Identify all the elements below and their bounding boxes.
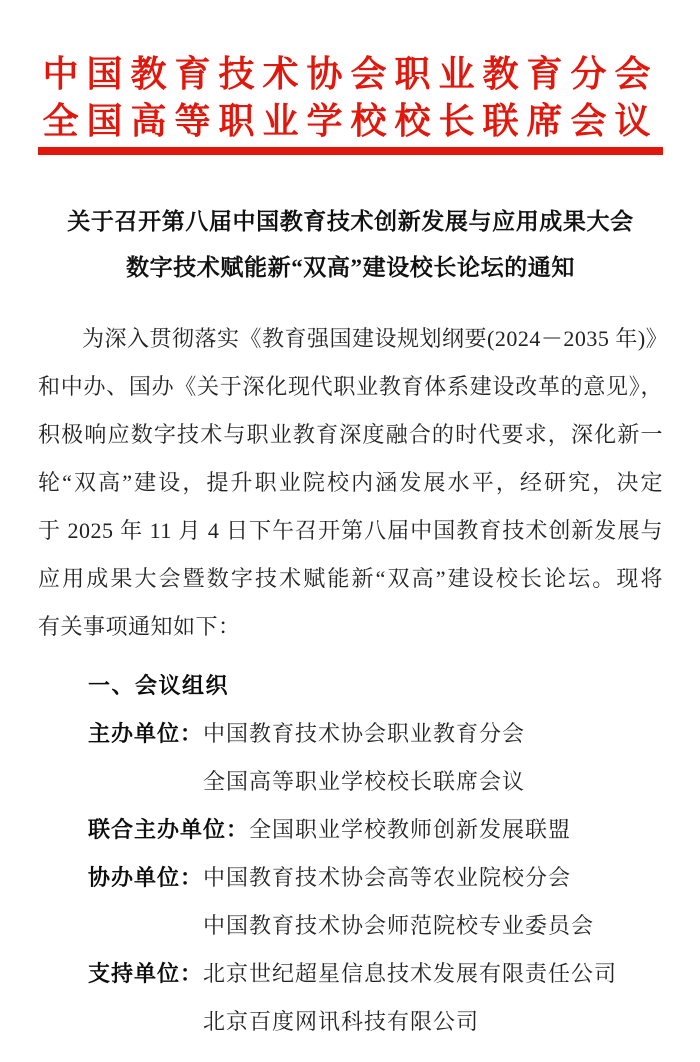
title-line-2: 数字技术赋能新“双高”建设校长论坛的通知 [38,245,663,291]
letterhead: 中国教育技术协会职业教育分会 全国高等职业学校校长联席会议 [38,51,663,155]
org-value: 北京百度网讯科技有限公司 [203,1009,479,1034]
org-label: 协办单位： [88,865,203,890]
org-row: 北京百度网讯科技有限公司 [38,998,663,1046]
org-value: 中国教育技术协会师范院校专业委员会 [203,913,594,938]
org-value: 全国职业学校教师创新发展联盟 [249,817,571,842]
org-row: 全国高等职业学校校长联席会议 [38,758,663,806]
org-row: 协办单位：中国教育技术协会高等农业院校分会 [38,854,663,902]
title-line-1: 关于召开第八届中国教育技术创新发展与应用成果大会 [38,199,663,245]
letterhead-line-1: 中国教育技术协会职业教育分会 [38,51,663,98]
body-line: 和中办、国办《关于深化现代职业教育体系建设改革的意见》， [38,363,663,411]
body-line: 应用成果大会暨数字技术赋能新“双高”建设校长论坛。现将 [38,555,663,603]
letterhead-line-2: 全国高等职业学校校长联席会议 [38,98,663,145]
org-value: 全国高等职业学校校长联席会议 [203,769,525,794]
org-value: 北京世纪超星信息技术发展有限责任公司 [203,961,617,986]
notice-body: 为深入贯彻落实《教育强国建设规划纲要(2024－2035 年)》和中办、国办《关… [38,315,663,651]
org-label: 联合主办单位： [88,817,249,842]
body-line: 积极响应数字技术与职业教育深度融合的时代要求，深化新一 [38,411,663,459]
org-row: 联合主办单位：全国职业学校教师创新发展联盟 [38,806,663,854]
org-label: 主办单位： [88,721,203,746]
org-row: 支持单位：北京世纪超星信息技术发展有限责任公司 [38,950,663,998]
org-label: 支持单位： [88,961,203,986]
org-value: 中国教育技术协会职业教育分会 [203,721,525,746]
body-line: 轮“双高”建设，提升职业院校内涵发展水平，经研究，决定 [38,459,663,507]
body-line: 有关事项通知如下： [38,603,663,651]
body-line: 于 2025 年 11 月 4 日下午召开第八届中国教育技术创新发展与 [38,507,663,555]
org-value: 中国教育技术协会高等农业院校分会 [203,865,571,890]
notice-title: 关于召开第八届中国教育技术创新发展与应用成果大会 数字技术赋能新“双高”建设校长… [38,199,663,291]
section-heading: 一、会议组织 [38,662,663,710]
org-list: 主办单位：中国教育技术协会职业教育分会全国高等职业学校校长联席会议联合主办单位：… [38,710,663,1046]
org-row: 主办单位：中国教育技术协会职业教育分会 [38,710,663,758]
notice-document: 中国教育技术协会职业教育分会 全国高等职业学校校长联席会议 关于召开第八届中国教… [0,0,700,1062]
letterhead-divider [38,147,663,155]
org-row: 中国教育技术协会师范院校专业委员会 [38,902,663,950]
body-line: 为深入贯彻落实《教育强国建设规划纲要(2024－2035 年)》 [38,315,663,363]
